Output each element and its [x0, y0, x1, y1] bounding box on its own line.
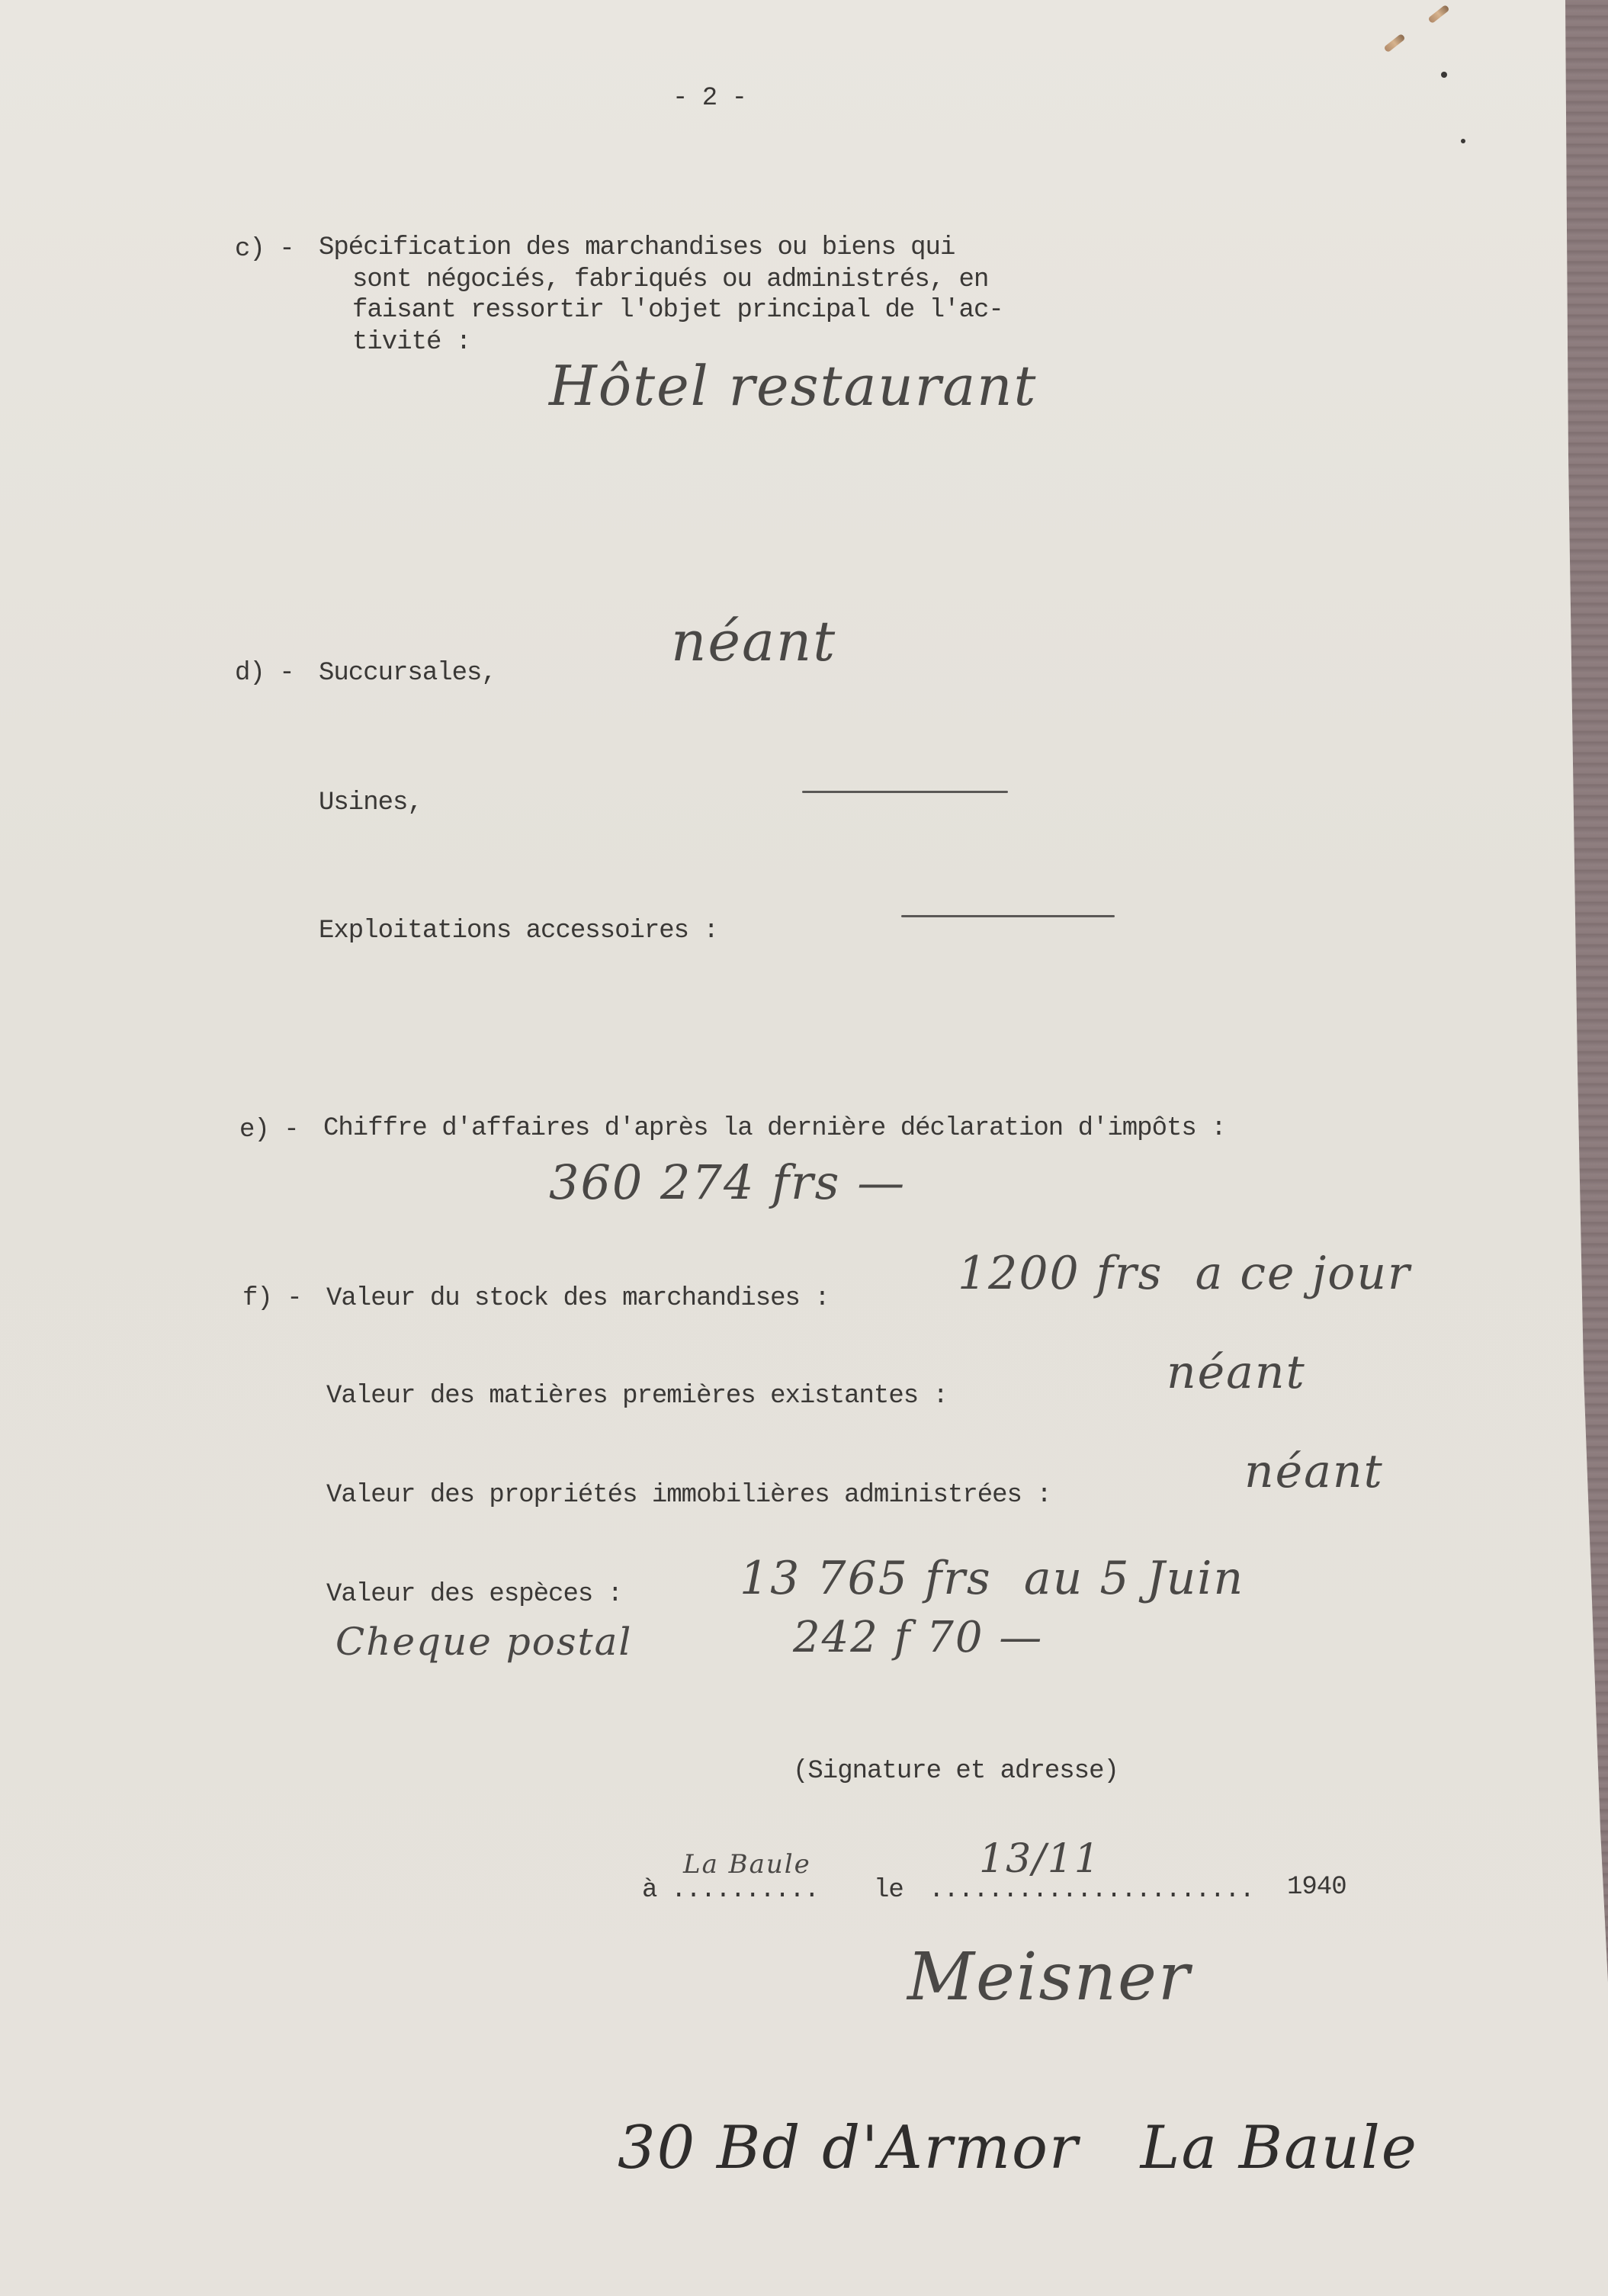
section-e-marker: e) -	[239, 1117, 299, 1143]
signature: Meisner	[907, 1944, 1191, 2010]
place-handwritten: La Baule	[683, 1851, 811, 1877]
punch-hole	[1461, 139, 1465, 143]
succursales-label: Succursales,	[319, 660, 496, 686]
document-page	[0, 0, 1608, 2296]
punch-hole	[1441, 72, 1447, 78]
cheque-postal-answer: 242 f 70 —	[793, 1617, 1043, 1659]
chiffre-affaires-answer: 360 274 frs —	[549, 1159, 906, 1206]
signature-caption: (Signature et adresse)	[793, 1758, 1119, 1784]
exploitations-blank-line	[901, 915, 1115, 917]
usines-blank-line	[802, 791, 1008, 793]
especes-label: Valeur des espèces :	[326, 1582, 622, 1607]
section-c-handwritten-answer: Hôtel restaurant	[549, 358, 1037, 413]
place-prefix: à	[642, 1877, 656, 1903]
matieres-label: Valeur des matières premières existantes…	[326, 1383, 948, 1409]
chiffre-affaires-label: Chiffre d'affaires d'après la dernière d…	[323, 1116, 1226, 1142]
handwritten-address: 30 Bd d'Armor La Baule	[618, 2118, 1418, 2178]
proprietes-answer: néant	[1244, 1449, 1384, 1495]
stock-label: Valeur du stock des marchandises :	[326, 1286, 830, 1312]
especes-answer: 13 765 frs au 5 Juin	[740, 1556, 1244, 1601]
place-dots: ..........	[671, 1877, 819, 1903]
section-c-line-2: sont négociés, fabriqués ou administrés,…	[352, 267, 988, 293]
section-c-line-4: tivité :	[352, 329, 470, 355]
exploitations-label: Exploitations accessoires :	[319, 918, 718, 944]
section-c-line-3: faisant ressortir l'objet principal de l…	[352, 297, 1003, 323]
section-d-marker: d) -	[235, 660, 294, 686]
date-handwritten: 13/11	[979, 1839, 1101, 1879]
succursales-answer: néant	[671, 614, 836, 669]
date-year: 1940	[1287, 1874, 1346, 1900]
stock-answer: 1200 frs a ce jour	[958, 1251, 1411, 1296]
section-f-marker: f) -	[242, 1286, 302, 1312]
section-c-marker: c) -	[235, 236, 294, 262]
matieres-answer: néant	[1167, 1350, 1306, 1395]
page-number: - 2 -	[672, 85, 746, 111]
date-label: le	[874, 1877, 903, 1903]
section-c-line-1: Spécification des marchandises ou biens …	[319, 235, 955, 261]
cheque-postal-label: Cheque postal	[335, 1623, 632, 1661]
proprietes-label: Valeur des propriétés immobilières admin…	[326, 1482, 1051, 1508]
usines-label: Usines,	[319, 790, 422, 816]
